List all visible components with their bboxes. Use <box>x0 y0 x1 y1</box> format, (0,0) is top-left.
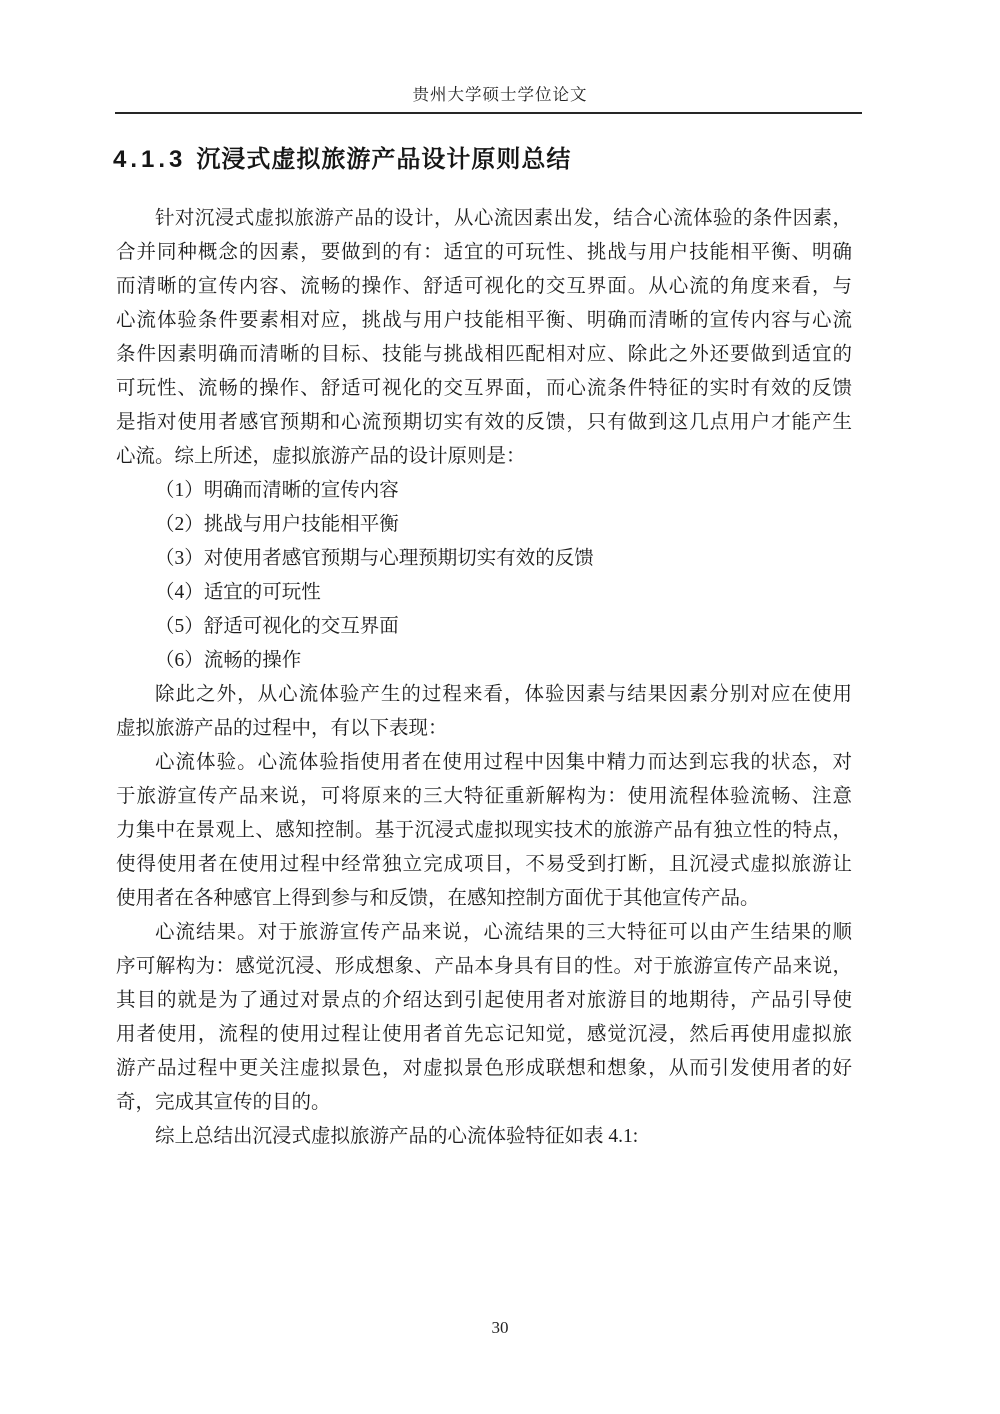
paragraph: 除此之外，从心流体验产生的过程来看，体验因素与结果因素分别对应在使用虚拟旅游产品… <box>116 678 852 746</box>
list-item: （5）舒适可视化的交互界面 <box>116 610 852 644</box>
paragraph: 心流体验。心流体验指使用者在使用过程中因集中精力而达到忘我的状态，对于旅游宣传产… <box>116 746 852 916</box>
section-heading: 4.1.3沉浸式虚拟旅游产品设计原则总结 <box>113 142 863 178</box>
text-line: 是指对使用者感官预期和心流预期切实有效的反馈，只有做到这几点用户才能产生 <box>116 406 852 440</box>
numbered-list: （1）明确而清晰的宣传内容（2）挑战与用户技能相平衡（3）对使用者感官预期与心理… <box>116 474 852 678</box>
thesis-page: 贵州大学硕士学位论文 4.1.3沉浸式虚拟旅游产品设计原则总结 针对沉浸式虚拟旅… <box>0 0 1000 1414</box>
text-line: 综上总结出沉浸式虚拟旅游产品的心流体验特征如表 4.1: <box>116 1120 852 1154</box>
text-line: 用者使用，流程的使用过程让使用者首先忘记知觉，感觉沉浸，然后再使用虚拟旅 <box>116 1018 852 1052</box>
text-line: 心流。综上所述，虚拟旅游产品的设计原则是： <box>116 440 852 474</box>
text-line: 力集中在景观上、感知控制。基于沉浸式虚拟现实技术的旅游产品有独立性的特点， <box>116 814 852 848</box>
text-line: 虚拟旅游产品的过程中，有以下表现： <box>116 712 852 746</box>
text-line: 奇，完成其宣传的目的。 <box>116 1086 852 1120</box>
text-line: 除此之外，从心流体验产生的过程来看，体验因素与结果因素分别对应在使用 <box>116 678 852 712</box>
text-line: 心流体验条件要素相对应，挑战与用户技能相平衡、明确而清晰的宣传内容与心流 <box>116 304 852 338</box>
text-line: 于旅游宣传产品来说，可将原来的三大特征重新解构为：使用流程体验流畅、注意 <box>116 780 852 814</box>
text-line: 而清晰的宣传内容、流畅的操作、舒适可视化的交互界面。从心流的角度来看，与 <box>116 270 852 304</box>
text-line: 心流结果。对于旅游宣传产品来说，心流结果的三大特征可以由产生结果的顺 <box>116 916 852 950</box>
text-line: 条件因素明确而清晰的目标、技能与挑战相匹配相对应、除此之外还要做到适宜的 <box>116 338 852 372</box>
paragraph: 心流结果。对于旅游宣传产品来说，心流结果的三大特征可以由产生结果的顺序可解构为：… <box>116 916 852 1120</box>
text-line: 其目的就是为了通过对景点的介绍达到引起使用者对旅游目的地期待，产品引导使 <box>116 984 852 1018</box>
text-line: 序可解构为：感觉沉浸、形成想象、产品本身具有目的性。对于旅游宣传产品来说， <box>116 950 852 984</box>
body-text: 针对沉浸式虚拟旅游产品的设计，从心流因素出发，结合心流体验的条件因素，合并同种概… <box>116 202 852 1154</box>
list-item: （4）适宜的可玩性 <box>116 576 852 610</box>
paragraph: 针对沉浸式虚拟旅游产品的设计，从心流因素出发，结合心流体验的条件因素，合并同种概… <box>116 202 852 474</box>
header-rule <box>115 112 862 114</box>
list-item: （1）明确而清晰的宣传内容 <box>116 474 852 508</box>
section-number: 4.1.3 <box>113 146 186 173</box>
text-line: 针对沉浸式虚拟旅游产品的设计，从心流因素出发，结合心流体验的条件因素， <box>116 202 852 236</box>
text-line: 心流体验。心流体验指使用者在使用过程中因集中精力而达到忘我的状态，对 <box>116 746 852 780</box>
paragraph: 综上总结出沉浸式虚拟旅游产品的心流体验特征如表 4.1: <box>116 1120 852 1154</box>
section-title: 沉浸式虚拟旅游产品设计原则总结 <box>196 146 571 173</box>
text-line: 使用者在各种感官上得到参与和反馈，在感知控制方面优于其他宣传产品。 <box>116 882 852 916</box>
running-header: 贵州大学硕士学位论文 <box>0 84 1000 106</box>
list-item: （3）对使用者感官预期与心理预期切实有效的反馈 <box>116 542 852 576</box>
text-line: 可玩性、流畅的操作、舒适可视化的交互界面，而心流条件特征的实时有效的反馈 <box>116 372 852 406</box>
text-line: 使得使用者在使用过程中经常独立完成项目，不易受到打断，且沉浸式虚拟旅游让 <box>116 848 852 882</box>
list-item: （2）挑战与用户技能相平衡 <box>116 508 852 542</box>
text-line: 合并同种概念的因素，要做到的有：适宜的可玩性、挑战与用户技能相平衡、明确 <box>116 236 852 270</box>
text-line: 游产品过程中更关注虚拟景色，对虚拟景色形成联想和想象，从而引发使用者的好 <box>116 1052 852 1086</box>
list-item: （6）流畅的操作 <box>116 644 852 678</box>
page-number: 30 <box>0 1316 1000 1340</box>
